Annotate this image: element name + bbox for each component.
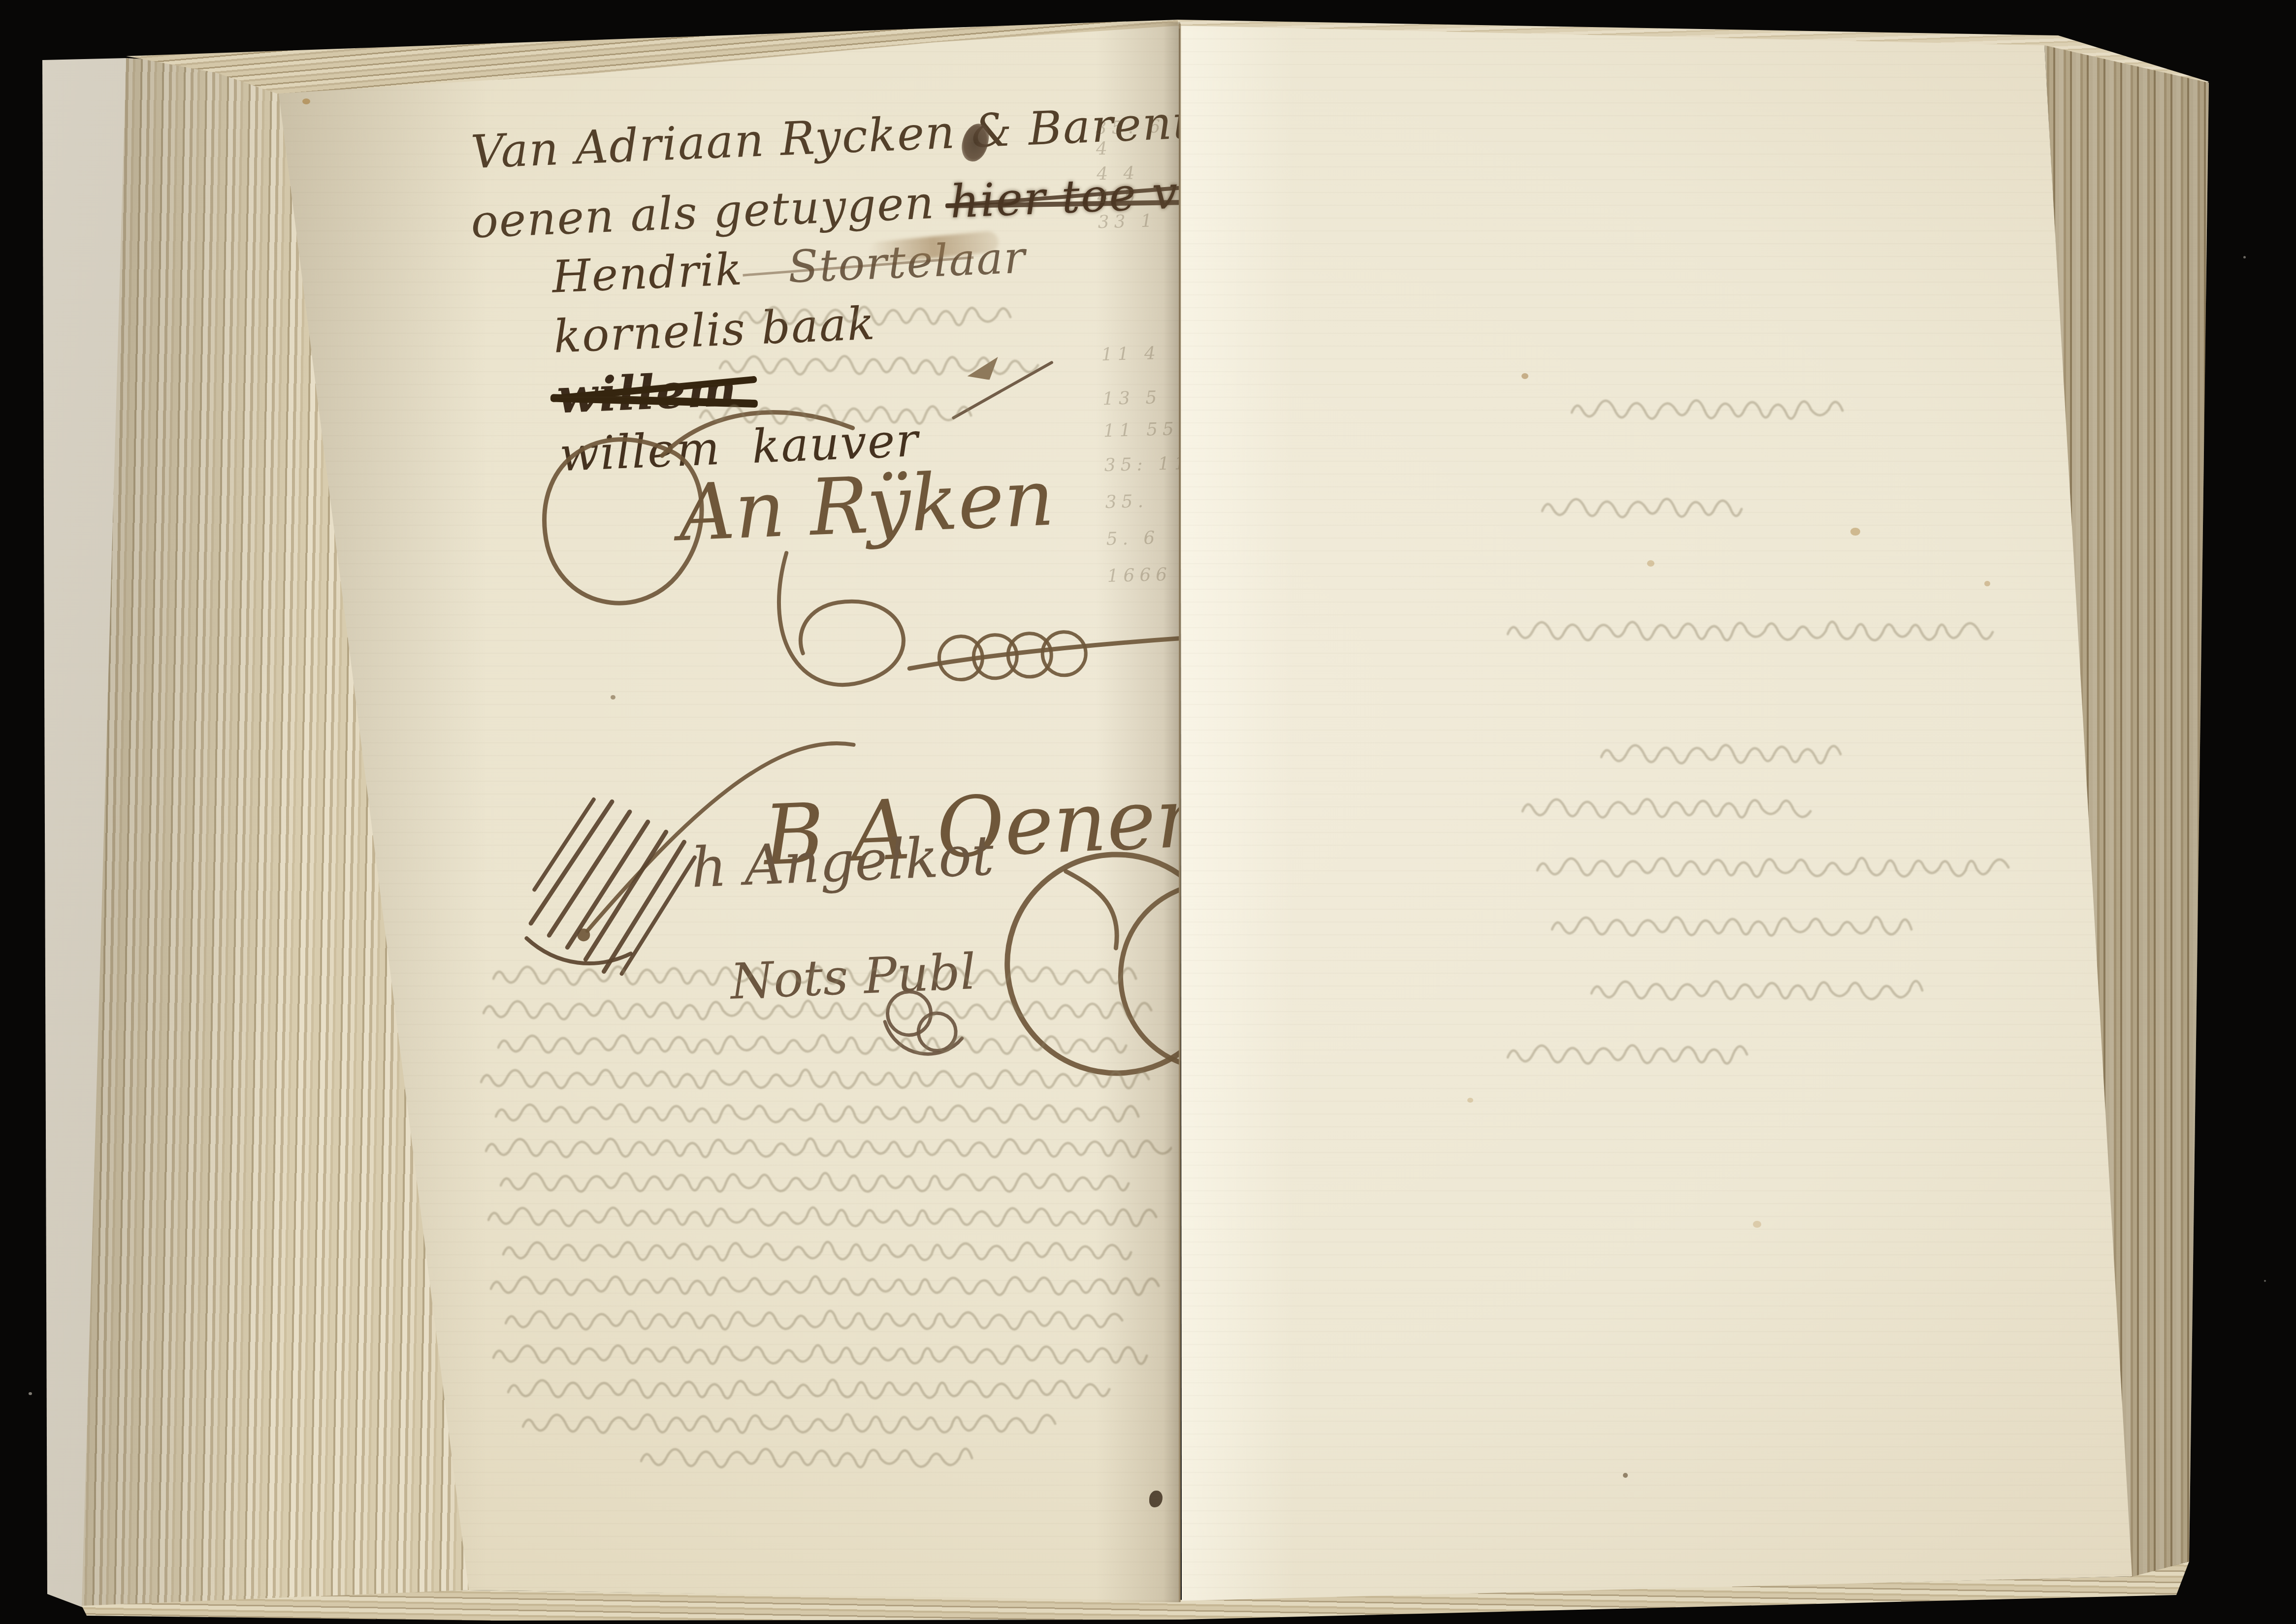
ink-speck	[611, 695, 615, 700]
bleedthrough-ghost-line	[719, 354, 1054, 377]
foxing-spot	[1984, 581, 1990, 586]
margin-number: 13 5	[1102, 387, 1162, 409]
margin-number: 4	[1096, 138, 1112, 159]
signature-3-name: h Angelkot	[690, 824, 996, 900]
margin-number: 35: 11	[1104, 453, 1191, 476]
bleedthrough-ghost	[485, 1137, 1172, 1162]
foxing-spot	[1647, 560, 1654, 567]
bleedthrough-ghost-line	[739, 305, 1014, 328]
bleedthrough-ghost-line	[507, 1378, 1118, 1401]
bleedthrough-ghost	[492, 1344, 1162, 1369]
bleedthrough-ghost-line	[495, 1103, 1155, 1125]
manuscript-book-photo: Van Adriaan Rycken & Barent Anth oenen a…	[0, 0, 2296, 1624]
bleedthrough-ghost	[495, 1103, 1155, 1127]
foxing-spot	[1753, 1221, 1761, 1228]
bleedthrough-ghost	[1590, 980, 1935, 1004]
witness-1-first-name: Hendrik	[551, 243, 744, 303]
bleedthrough-ghost-line	[522, 1413, 1064, 1435]
gutter-highlight	[1182, 22, 1295, 1602]
bleedthrough-ghost-line	[1551, 916, 1925, 938]
bleedthrough-ghost	[1571, 399, 1846, 423]
bleedthrough-ghost	[1600, 743, 1856, 768]
bleedthrough-ghost	[492, 965, 1147, 989]
bleedthrough-ghost	[497, 1034, 1137, 1058]
foxing-spot	[1850, 528, 1860, 536]
bleedthrough-ghost	[500, 1172, 1145, 1196]
margin-number: 11 55	[1103, 419, 1179, 441]
bleedthrough-ghost-line	[1521, 797, 1827, 820]
bleedthrough-ghost	[1536, 857, 2019, 881]
bleedthrough-ghost-line	[480, 1068, 1164, 1091]
bleedthrough-ghost-line	[1541, 497, 1748, 520]
margin-number: 4 5	[1097, 186, 1140, 207]
bleedthrough-ghost	[699, 404, 975, 428]
bleedthrough-ghost	[480, 1068, 1164, 1093]
bleedthrough-ghost	[640, 1447, 985, 1472]
bleedthrough-ghost-line	[502, 1241, 1142, 1263]
bleedthrough-ghost	[490, 1275, 1164, 1300]
ink-dot-small	[1623, 1473, 1628, 1478]
ink-blot-small	[1149, 1491, 1163, 1507]
bleedthrough-ghost-line	[640, 1447, 985, 1470]
foxing-spot	[302, 98, 310, 104]
bleedthrough-ghost-line	[1507, 620, 1999, 643]
header-line-2-pre: oenen als getuygen	[470, 176, 936, 248]
bleedthrough-ghost-line	[485, 1137, 1172, 1160]
bleedthrough-ghost-line	[492, 1344, 1162, 1367]
bleedthrough-ghost-line	[500, 1172, 1145, 1194]
bleedthrough-ghost-line	[699, 404, 975, 426]
bleedthrough-ghost	[739, 305, 1014, 330]
bleedthrough-ghost-line	[487, 1206, 1167, 1229]
bleedthrough-ghost	[1551, 916, 1925, 940]
bleedthrough-ghost	[505, 1309, 1135, 1334]
gutter-crease-line	[1179, 24, 1181, 1602]
bleedthrough-ghost-line	[505, 1309, 1135, 1332]
bleedthrough-ghost	[1521, 797, 1827, 822]
bleedthrough-ghost	[522, 1413, 1064, 1437]
bleedthrough-ghost-line	[492, 965, 1147, 987]
bleedthrough-ghost	[1541, 497, 1748, 522]
margin-number: 35.	[1105, 491, 1148, 512]
lint-speck	[2264, 1280, 2266, 1282]
bleedthrough-ghost	[719, 354, 1054, 379]
lint-speck	[2243, 256, 2246, 258]
hatched-scribble	[521, 796, 700, 978]
lint-speck	[29, 1392, 32, 1395]
bleedthrough-ghost-line	[1571, 399, 1846, 421]
bleedthrough-ghost	[507, 1378, 1118, 1403]
bleedthrough-ghost-line	[490, 1275, 1164, 1298]
signature-1-name: An Rÿken	[671, 452, 1056, 559]
bleedthrough-ghost-line	[497, 1034, 1137, 1056]
margin-number: 5. 6	[1106, 528, 1160, 549]
margin-number: 11 4	[1101, 343, 1161, 365]
foxing-spot	[1467, 1098, 1473, 1103]
bleedthrough-ghost	[1507, 620, 1999, 645]
bleedthrough-ghost-line	[1507, 1044, 1763, 1066]
margin-numbers: 35. 644 44 533 111 413 511 5535: 1135.5.…	[1092, 0, 1193, 641]
bleedthrough-ghost-line	[1590, 980, 1935, 1002]
bleedthrough-ghost	[502, 1241, 1142, 1265]
lint-speck	[58, 1536, 61, 1538]
foxing-spot	[1521, 373, 1528, 379]
margin-number: 33 1	[1098, 211, 1157, 232]
bleedthrough-ghost-line	[1600, 743, 1856, 766]
bleedthrough-ghost-line	[1536, 857, 2019, 879]
bleedthrough-ghost	[1507, 1044, 1763, 1068]
margin-number: 4 4	[1097, 163, 1140, 184]
margin-number: 35. 6	[1095, 117, 1165, 139]
bleedthrough-ghost-line	[483, 999, 1162, 1022]
bleedthrough-ghost	[483, 999, 1162, 1024]
bleedthrough-ghost	[487, 1206, 1167, 1231]
